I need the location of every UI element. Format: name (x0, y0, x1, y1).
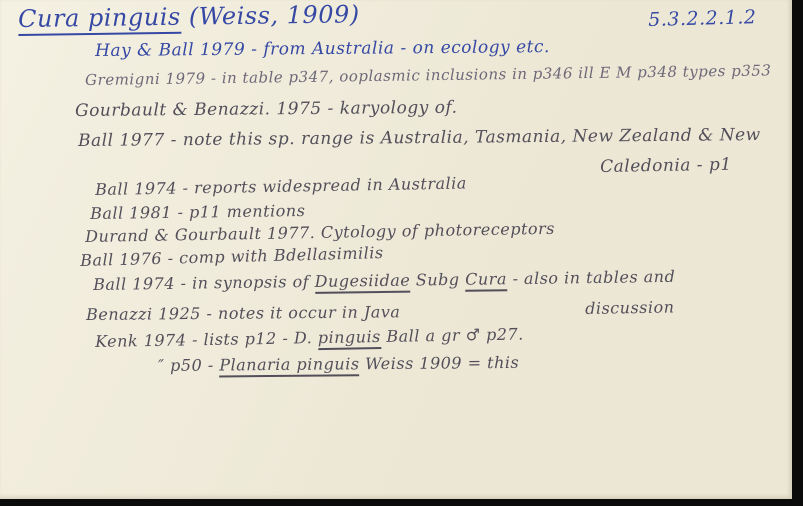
entry-ball-1981: Ball 1981 - p11 mentions (90, 202, 305, 223)
entry-ball-1974-widespread: Ball 1974 - reports widespread in Austra… (95, 175, 467, 199)
handwritten-text: Ball 1974 - reports widespread in Austra… (95, 174, 467, 199)
handwritten-text: ″ p50 - (158, 355, 219, 375)
entry-ball-1974-synopsis-continuation: discussion (585, 298, 675, 317)
handwritten-text: Ball 1974 - in synopsis of (93, 272, 315, 294)
handwritten-text: Ball 1976 - comp with Bdellasimilis (80, 243, 384, 270)
underlined-text: Planaria pinguis (219, 354, 359, 377)
entry-benazzi-1925: Benazzi 1925 - notes it occur in Java (86, 303, 400, 323)
handwritten-text: Caledonia - p1 (600, 155, 732, 177)
title-line: Cura pinguis (Weiss, 1909) (18, 1, 360, 32)
handwritten-text: Ball 1981 - p11 mentions (90, 201, 305, 223)
entry-ball-1977-continuation: Caledonia - p1 (600, 156, 732, 177)
handwritten-text: Gourbault & Benazzi. 1975 - karyology of… (75, 98, 458, 121)
handwritten-text: Benazzi 1925 - notes it occur in Java (86, 302, 400, 324)
entry-gremigni-1979: Gremigni 1979 - in table p347, ooplasmic… (85, 62, 772, 88)
handwritten-text: Ball a gr ♂ p27. (381, 325, 524, 346)
handwritten-text: Durand & Gourbault 1977. Cytology of pho… (85, 219, 555, 246)
entry-kenk-1974-p50: ″ p50 - Planaria pinguis Weiss 1909 = th… (158, 354, 519, 375)
handwritten-text: discussion (585, 297, 675, 318)
entry-durand-gourbault-1977: Durand & Gourbault 1977. Cytology of pho… (85, 220, 555, 246)
entry-ball-1977: Ball 1977 - note this sp. range is Austr… (78, 126, 761, 151)
entry-hay-ball-1979: Hay & Ball 1979 - from Australia - on ec… (95, 38, 550, 61)
entry-ball-1974-synopsis: Ball 1974 - in synopsis of Dugesiidae Su… (93, 268, 675, 294)
underlined-text: pinguis (318, 327, 381, 350)
handwritten-text: 5.3.2.2.1.2 (648, 6, 757, 31)
entry-ball-1976: Ball 1976 - comp with Bdellasimilis (80, 244, 384, 270)
handwritten-text: Hay & Ball 1979 - from Australia - on ec… (95, 37, 550, 61)
handwritten-text: Kenk 1974 - lists p12 - D. (95, 328, 318, 351)
entry-kenk-1974-p12: Kenk 1974 - lists p12 - D. pinguis Ball … (95, 326, 524, 351)
catalog-number: 5.3.2.2.1.2 (648, 7, 757, 31)
handwritten-text: Weiss 1909 = this (359, 353, 519, 373)
underlined-text: Dugesiidae (315, 271, 411, 294)
handwritten-text: Subg (410, 270, 465, 290)
index-card: Cura pinguis (Weiss, 1909)5.3.2.2.1.2Hay… (0, 0, 792, 499)
handwritten-text: Ball 1977 - note this sp. range is Austr… (78, 125, 761, 151)
handwritten-text: - also in tables and (507, 267, 676, 288)
entry-gourbault-benazzi-1975: Gourbault & Benazzi. 1975 - karyology of… (75, 99, 458, 121)
underlined-text: Cura (465, 269, 507, 292)
scanned-page: Cura pinguis (Weiss, 1909)5.3.2.2.1.2Hay… (0, 0, 803, 506)
handwritten-text: (Weiss, 1909) (181, 0, 360, 30)
handwritten-text: Gremigni 1979 - in table p347, ooplasmic… (85, 61, 772, 89)
underlined-text: Cura pinguis (18, 3, 181, 36)
